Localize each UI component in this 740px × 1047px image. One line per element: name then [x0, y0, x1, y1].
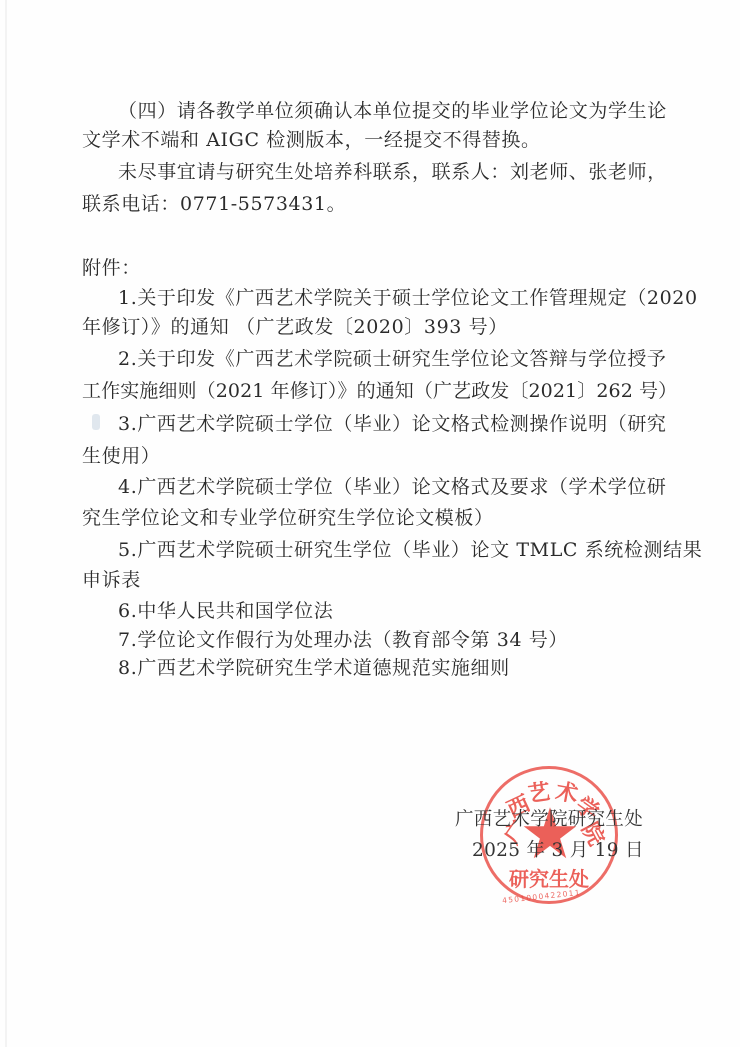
attachment-8: 8.广西艺术学院研究生学术道德规范实施细则: [118, 656, 682, 680]
attachment-4-line-2: 究生学位论文和专业学位研究生学位论文模板）: [82, 506, 646, 530]
attachment-4-line-1: 4.广西艺术学院硕士学位（毕业）论文格式及要求（学术学位研: [118, 475, 682, 499]
scan-edge: [5, 0, 7, 1047]
attachment-5-line-1: 5.广西艺术学院硕士研究生学位（毕业）论文 TMLC 系统检测结果: [118, 538, 682, 562]
attachment-2-line-1: 2.关于印发《广西艺术学院硕士研究生学位论文答辩与学位授予: [118, 347, 682, 371]
attachment-1-line-2: 年修订）》的通知 （广艺政发〔2020〕393 号）: [82, 315, 646, 339]
attachments-label: 附件：: [82, 256, 646, 280]
attachment-6: 6.中华人民共和国学位法: [118, 599, 682, 623]
issue-date: 2025 年 3 月 19 日: [472, 839, 644, 863]
attachment-1-line-1: 1.关于印发《广西艺术学院关于硕士学位论文工作管理规定（2020: [118, 286, 682, 310]
scan-artifact: [92, 414, 100, 430]
contact-line-1: 未尽事宜请与研究生处培养科联系，联系人：刘老师、张老师，: [118, 160, 682, 184]
document-page: （四）请各教学单位须确认本单位提交的毕业学位论文为学生论 文学术不端和 AIGC…: [0, 0, 740, 1047]
attachment-3-line-1: 3.广西艺术学院硕士学位（毕业）论文格式检测操作说明（研究: [118, 412, 682, 436]
attachment-7: 7.学位论文作假行为处理办法（教育部令第 34 号）: [118, 628, 682, 652]
paragraph-4-line-1: （四）请各教学单位须确认本单位提交的毕业学位论文为学生论: [118, 99, 682, 123]
attachment-5-line-2: 申诉表: [82, 568, 646, 592]
seal-char: 艺: [526, 775, 552, 809]
attachment-3-line-2: 生使用）: [82, 444, 646, 468]
issuer-name: 广西艺术学院研究生处: [455, 808, 643, 832]
attachment-2-line-2: 工作实施细则（2021 年修订）》的通知（广艺政发〔2021〕262 号）: [82, 379, 646, 403]
paragraph-4-line-2: 文学术不端和 AIGC 检测版本，一经提交不得替换。: [82, 128, 646, 152]
contact-line-2: 联系电话：0771-5573431。: [82, 192, 646, 216]
